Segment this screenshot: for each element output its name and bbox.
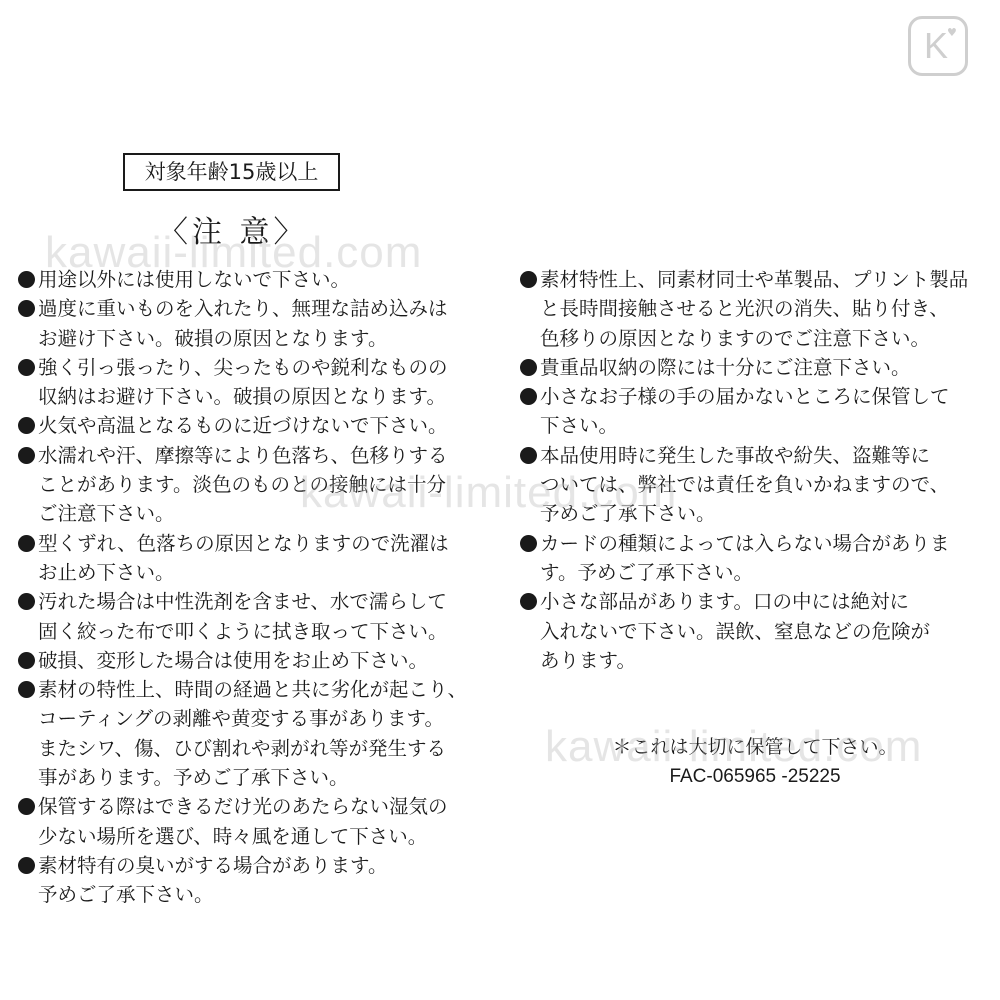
caution-item-text: 強く引っ張ったり、尖ったものや鋭利なものの bbox=[18, 353, 467, 382]
caution-item: 破損、変形した場合は使用をお止め下さい。 bbox=[18, 646, 467, 675]
storage-note: ＊これは大切に保管して下さい。 bbox=[560, 732, 950, 762]
brand-logo: K ♥ bbox=[908, 16, 968, 76]
caution-item-text: 本品使用時に発生した事故や紛失、盗難等に bbox=[520, 441, 968, 470]
caution-item-text: 過度に重いものを入れたり、無理な詰め込みは bbox=[18, 294, 467, 323]
caution-item-continuation: 収納はお避け下さい。破損の原因となります。 bbox=[18, 382, 467, 411]
caution-item-continuation: またシワ、傷、ひび割れや剥がれ等が発生する bbox=[18, 734, 467, 763]
caution-item: 過度に重いものを入れたり、無理な詰め込みはお避け下さい。破損の原因となります。 bbox=[18, 294, 467, 353]
caution-item-continuation: す。予めご了承下さい。 bbox=[520, 558, 968, 587]
caution-item-text: 火気や高温となるものに近づけないで下さい。 bbox=[18, 411, 467, 440]
caution-item-continuation: 入れないで下さい。誤飲、窒息などの危険が bbox=[520, 617, 968, 646]
footer: ＊これは大切に保管して下さい。 FAC-065965 -25225 bbox=[560, 732, 950, 792]
caution-item-continuation: 事があります。予めご了承下さい。 bbox=[18, 763, 467, 792]
caution-item: 型くずれ、色落ちの原因となりますので洗濯はお止め下さい。 bbox=[18, 529, 467, 588]
caution-item-text: カードの種類によっては入らない場合がありま bbox=[520, 529, 968, 558]
caution-item-text: 汚れた場合は中性洗剤を含ませ、水で濡らして bbox=[18, 587, 467, 616]
caution-item-continuation: 固く絞った布で叩くように拭き取って下さい。 bbox=[18, 617, 467, 646]
caution-list-right: 素材特性上、同素材同士や革製品、プリント製品と長時間接触させると光沢の消失、貼り… bbox=[520, 265, 968, 675]
caution-item-continuation: 少ない場所を選び、時々風を通して下さい。 bbox=[18, 822, 467, 851]
caution-item: 火気や高温となるものに近づけないで下さい。 bbox=[18, 411, 467, 440]
caution-item: 強く引っ張ったり、尖ったものや鋭利なものの収納はお避け下さい。破損の原因となりま… bbox=[18, 353, 467, 412]
heart-icon: ♥ bbox=[947, 27, 957, 38]
caution-item-continuation: ご注意下さい。 bbox=[18, 499, 467, 528]
age-restriction-label: 対象年齢15歳以上 bbox=[123, 153, 340, 191]
caution-item-text: 素材の特性上、時間の経過と共に劣化が起こり、 bbox=[18, 675, 467, 704]
caution-item-text: 水濡れや汗、摩擦等により色落ち、色移りする bbox=[18, 441, 467, 470]
caution-item-text: 保管する際はできるだけ光のあたらない湿気の bbox=[18, 792, 467, 821]
caution-item-continuation: お止め下さい。 bbox=[18, 558, 467, 587]
caution-item: 素材特性上、同素材同士や革製品、プリント製品と長時間接触させると光沢の消失、貼り… bbox=[520, 265, 968, 353]
caution-item-continuation: ついては、弊社では責任を負いかねますので、 bbox=[520, 470, 968, 499]
caution-item-continuation: あります。 bbox=[520, 646, 968, 675]
caution-item-text: 素材特有の臭いがする場合があります。 bbox=[18, 851, 467, 880]
caution-item: 用途以外には使用しないで下さい。 bbox=[18, 265, 467, 294]
caution-item: 汚れた場合は中性洗剤を含ませ、水で濡らして固く絞った布で叩くように拭き取って下さ… bbox=[18, 587, 467, 646]
caution-item: 素材特有の臭いがする場合があります。予めご了承下さい。 bbox=[18, 851, 467, 910]
caution-item: 貴重品収納の際には十分にご注意下さい。 bbox=[520, 353, 968, 382]
logo-letter: K bbox=[924, 22, 948, 70]
caution-item-continuation: と長時間接触させると光沢の消失、貼り付き、 bbox=[520, 294, 968, 323]
caution-item-text: 小さな部品があります。口の中には絶対に bbox=[520, 587, 968, 616]
caution-item: 小さなお子様の手の届かないところに保管して下さい。 bbox=[520, 382, 968, 441]
caution-item-continuation: お避け下さい。破損の原因となります。 bbox=[18, 324, 467, 353]
caution-item-text: 用途以外には使用しないで下さい。 bbox=[18, 265, 467, 294]
caution-item-continuation: 下さい。 bbox=[520, 411, 968, 440]
caution-item: 小さな部品があります。口の中には絶対に入れないで下さい。誤飲、窒息などの危険があ… bbox=[520, 587, 968, 675]
caution-item: 保管する際はできるだけ光のあたらない湿気の少ない場所を選び、時々風を通して下さい… bbox=[18, 792, 467, 851]
caution-item-continuation: ことがあります。淡色のものとの接触には十分 bbox=[18, 470, 467, 499]
caution-item-continuation: 予めご了承下さい。 bbox=[18, 880, 467, 909]
caution-item-text: 貴重品収納の際には十分にご注意下さい。 bbox=[520, 353, 968, 382]
product-code: FAC-065965 -25225 bbox=[560, 762, 950, 792]
caution-item-continuation: コーティングの剥離や黄変する事があります。 bbox=[18, 704, 467, 733]
caution-item: 本品使用時に発生した事故や紛失、盗難等については、弊社では責任を負いかねますので… bbox=[520, 441, 968, 529]
caution-item: 素材の特性上、時間の経過と共に劣化が起こり、コーティングの剥離や黄変する事があり… bbox=[18, 675, 467, 792]
caution-item-text: 小さなお子様の手の届かないところに保管して bbox=[520, 382, 968, 411]
caution-item-text: 素材特性上、同素材同士や革製品、プリント製品 bbox=[520, 265, 968, 294]
caution-item-continuation: 予めご了承下さい。 bbox=[520, 499, 968, 528]
caution-item: 水濡れや汗、摩擦等により色落ち、色移りすることがあります。淡色のものとの接触には… bbox=[18, 441, 467, 529]
caution-item-text: 型くずれ、色落ちの原因となりますので洗濯は bbox=[18, 529, 467, 558]
caution-item: カードの種類によっては入らない場合があります。予めご了承下さい。 bbox=[520, 529, 968, 588]
caution-heading: 〈注 意〉 bbox=[158, 213, 308, 253]
caution-item-text: 破損、変形した場合は使用をお止め下さい。 bbox=[18, 646, 467, 675]
caution-list-left: 用途以外には使用しないで下さい。過度に重いものを入れたり、無理な詰め込みはお避け… bbox=[18, 265, 467, 910]
caution-item-continuation: 色移りの原因となりますのでご注意下さい。 bbox=[520, 324, 968, 353]
